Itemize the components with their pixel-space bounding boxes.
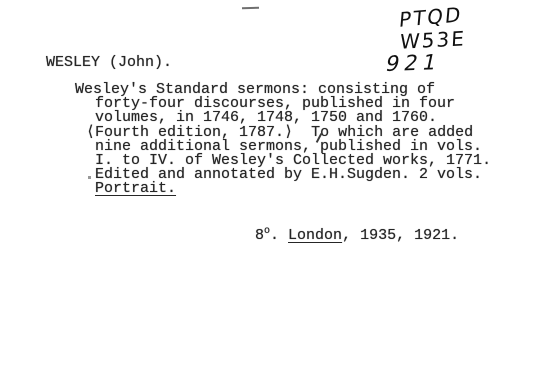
author-heading: WESLEY (John). xyxy=(46,54,172,71)
format-number: 8 xyxy=(255,227,264,244)
imprint-separator: . xyxy=(270,227,288,244)
shelfmark-line-3: 921 xyxy=(383,50,443,76)
portrait-label: Portrait. xyxy=(95,180,176,197)
entry-line-portrait: Portrait. xyxy=(95,182,491,196)
imprint-place: London xyxy=(288,227,342,244)
imprint-dates: , 1935, 1921. xyxy=(342,227,459,244)
entry-body: Wesley's Standard sermons: consisting of… xyxy=(75,83,491,197)
imprint-line: 8o. London, 1935, 1921. xyxy=(255,227,459,244)
pencil-mark xyxy=(242,7,259,10)
catalogue-card: PTQD W53E 921 WESLEY (John). Wesley's St… xyxy=(0,0,550,374)
paper-speck xyxy=(88,176,91,179)
